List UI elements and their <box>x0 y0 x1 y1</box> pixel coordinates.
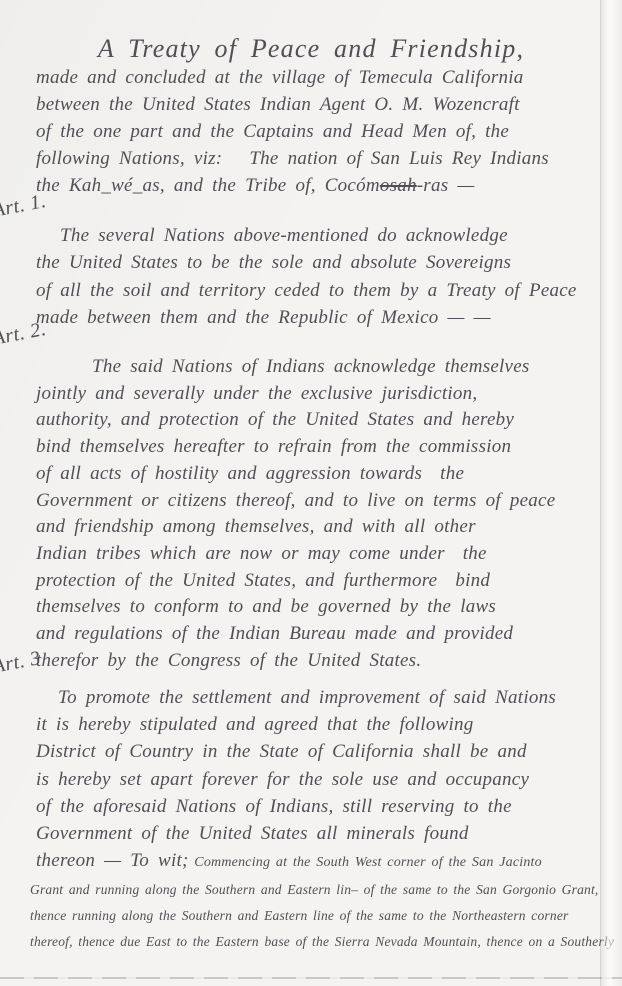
article-line: Government of the United States all mine… <box>36 820 611 847</box>
article-1-text: The several Nations above-mentioned do a… <box>36 222 611 331</box>
article-line: and regulations of the Indian Bureau mad… <box>36 621 611 648</box>
header-line: following Nations, viz: The nation of Sa… <box>36 145 611 172</box>
article-2-text: The said Nations of Indians acknowledge … <box>36 354 611 674</box>
article-line: Indian tribes which are now or may come … <box>36 541 611 568</box>
article-line: therefor by the Congress of the United S… <box>36 648 611 675</box>
article-line: District of Country in the State of Cali… <box>36 738 611 765</box>
article-line: themselves to conform to and be governed… <box>36 594 611 621</box>
article-line: and friendship among themselves, and wit… <box>36 514 611 541</box>
article-line: The several Nations above-mentioned do a… <box>36 222 611 249</box>
article-line: of all the soil and territory ceded to t… <box>36 277 611 304</box>
article-line: jointly and severally under the exclusiv… <box>36 381 611 408</box>
header-line: of the one part and the Captains and Hea… <box>36 118 611 145</box>
struck-word: osah <box>380 175 417 196</box>
article-line: of all acts of hostility and aggression … <box>36 461 611 488</box>
mixed-line-large: thereon — To wit; <box>36 850 189 871</box>
scan-edge-right <box>600 0 622 986</box>
scan-edge-bottom <box>0 977 622 979</box>
article-line: authority, and protection of the United … <box>36 407 611 434</box>
treaty-preamble: made and concluded at the village of Tem… <box>36 64 611 199</box>
header-line: between the United States Indian Agent O… <box>36 91 611 118</box>
article-line: it is hereby stipulated and agreed that … <box>36 711 611 738</box>
document-page: A Treaty of Peace and Friendship, made a… <box>0 0 622 986</box>
article-line: the United States to be the sole and abs… <box>36 249 611 276</box>
boundary-line: Grant and running along the Southern and… <box>30 877 605 903</box>
header-line-tribes: the Kah_wé_as, and the Tribe of, Cocómos… <box>36 172 611 199</box>
article-1-label: Art. 1. <box>0 190 48 223</box>
boundary-description: Grant and running along the Southern and… <box>30 877 605 954</box>
article-line: of the aforesaid Nations of Indians, sti… <box>36 793 611 820</box>
article-line: made between them and the Republic of Me… <box>36 304 611 331</box>
article-line-mixed: thereon — To wit; Commencing at the Sout… <box>36 847 611 876</box>
boundary-line: thereof, thence due East to the Eastern … <box>30 929 605 955</box>
treaty-title: A Treaty of Peace and Friendship, <box>0 34 622 64</box>
article-line: is hereby set apart forever for the sole… <box>36 766 611 793</box>
article-line: The said Nations of Indians acknowledge … <box>36 354 611 381</box>
mixed-line-small: Commencing at the South West corner of t… <box>189 855 542 870</box>
article-line: To promote the settlement and improvemen… <box>36 684 611 711</box>
tribe-line-pre: the Kah_wé_as, and the Tribe of, Cocóm <box>36 175 380 196</box>
article-line: protection of the United States, and fur… <box>36 568 611 595</box>
article-line: Government or citizens thereof, and to l… <box>36 488 611 515</box>
article-3-text: To promote the settlement and improvemen… <box>36 684 611 876</box>
header-line: made and concluded at the village of Tem… <box>36 64 611 91</box>
tribe-line-post: -ras — <box>417 175 475 196</box>
boundary-line: thence running along the Southern and Ea… <box>30 903 605 929</box>
article-line: bind themselves hereafter to refrain fro… <box>36 434 611 461</box>
article-2-label: Art. 2. <box>0 318 48 351</box>
